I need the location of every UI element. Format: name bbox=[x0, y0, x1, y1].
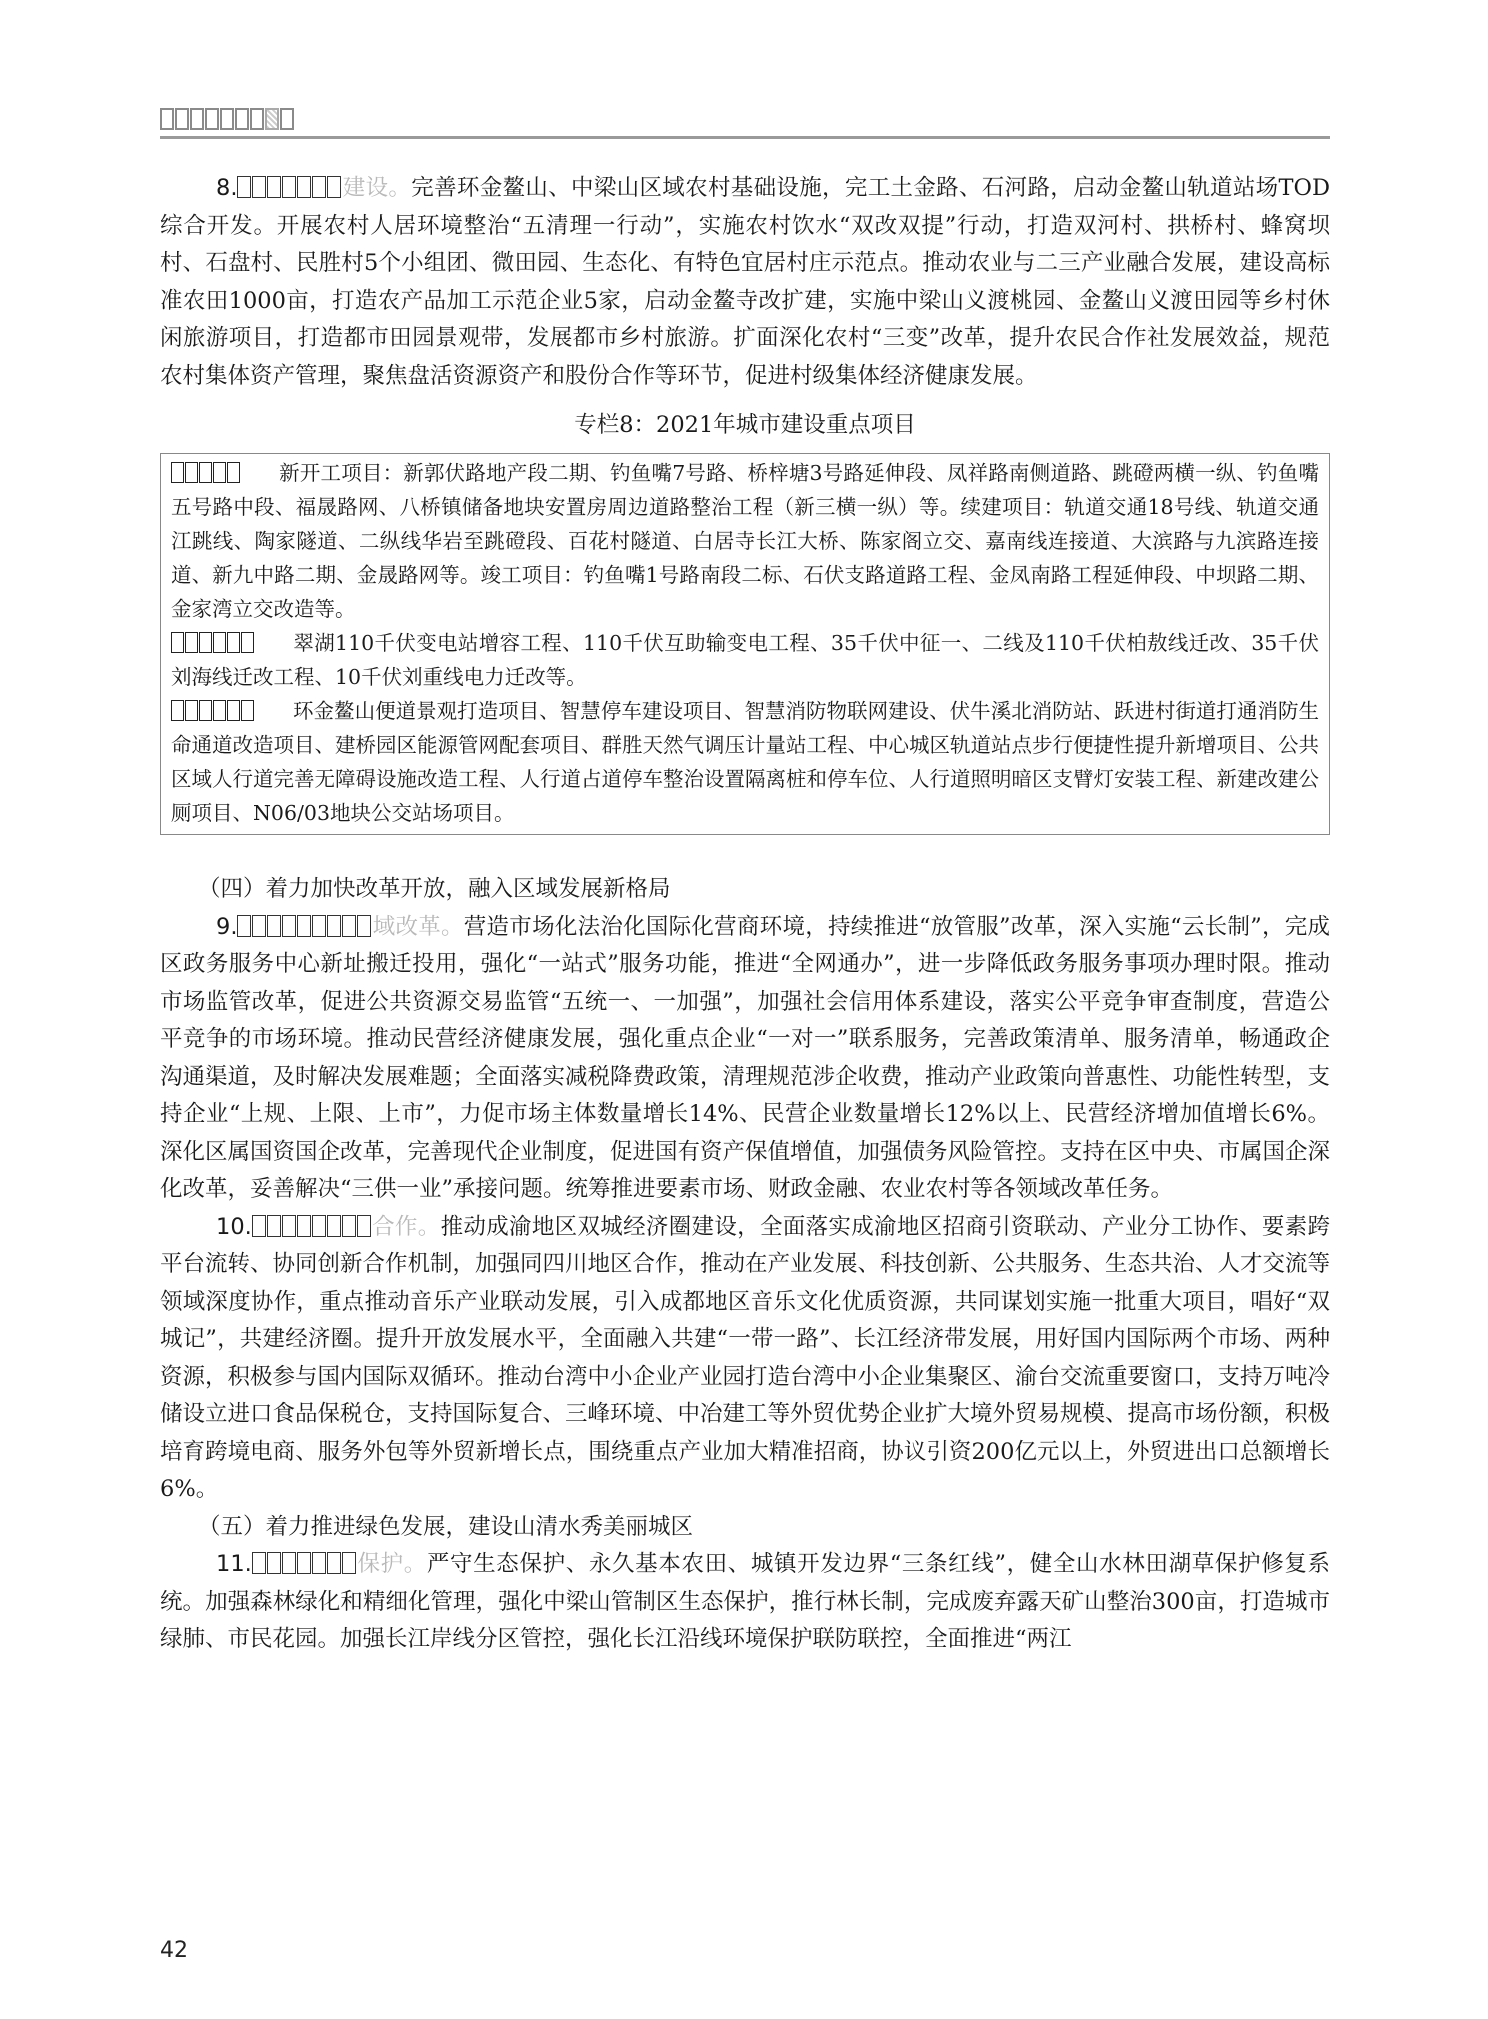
paragraph-body: 推动成渝地区双城经济圈建设，全面落实成渝地区招商引资联动、产业分工协作、要素跨平… bbox=[160, 1214, 1330, 1503]
missing-glyph-icon bbox=[327, 1215, 341, 1237]
missing-glyph-icon bbox=[297, 915, 311, 937]
missing-glyph-icon bbox=[241, 632, 254, 653]
item-number: 8. bbox=[216, 175, 237, 201]
missing-glyph-icon bbox=[267, 176, 281, 198]
missing-glyph-icon bbox=[171, 700, 184, 721]
missing-glyph-icon bbox=[312, 1215, 326, 1237]
row-text: 翠湖110千伏变电站增容工程、110千伏互助输变电工程、35千伏中征一、二线及1… bbox=[171, 631, 1319, 689]
missing-glyph-icon bbox=[267, 915, 281, 937]
row-text: 环金鳌山便道景观打造项目、智慧停车建设项目、智慧消防物联网建设、伏牛溪北消防站、… bbox=[171, 699, 1319, 825]
missing-glyph-icon bbox=[160, 108, 174, 130]
missing-glyph-icon bbox=[327, 915, 341, 937]
missing-glyph-icon bbox=[297, 1215, 311, 1237]
missing-glyph-icon bbox=[175, 108, 189, 130]
paragraph-body: 完善环金鳌山、中梁山区域农村基础设施，完工土金路、石河路，启动金鳌山轨道站场TO… bbox=[160, 175, 1330, 389]
missing-glyph-icon bbox=[227, 632, 240, 653]
missing-glyph-icon bbox=[297, 176, 311, 198]
missing-glyph-icon bbox=[357, 1215, 371, 1237]
missing-glyph-icon bbox=[252, 1215, 266, 1237]
missing-glyph-icon bbox=[213, 700, 226, 721]
section-heading-5: （五）着力推进绿色发展，建设山清水秀美丽城区 bbox=[160, 1509, 1330, 1547]
running-title bbox=[160, 104, 295, 132]
missing-glyph-icon bbox=[185, 632, 198, 653]
paragraph-body: 营造市场化法治化国际化营商环境，持续推进“放管服”改革，深入实施“云长制”，完成… bbox=[160, 914, 1330, 1203]
paragraph-9: 9.域改革。营造市场化法治化国际化营商环境，持续推进“放管服”改革，深入实施“云… bbox=[160, 909, 1330, 1209]
missing-glyph-icon bbox=[252, 915, 266, 937]
row-label bbox=[171, 694, 255, 728]
missing-glyph-icon bbox=[312, 915, 326, 937]
missing-glyph-icon bbox=[297, 1552, 311, 1574]
box-row-public-facilities: 环金鳌山便道景观打造项目、智慧停车建设项目、智慧消防物联网建设、伏牛溪北消防站、… bbox=[171, 694, 1319, 830]
missing-glyph-icon bbox=[220, 108, 234, 130]
item-heading-ghost: 建设。 bbox=[342, 175, 411, 201]
missing-glyph-icon bbox=[265, 108, 279, 130]
running-header bbox=[160, 100, 1330, 140]
missing-glyph-icon bbox=[190, 108, 204, 130]
page-number: 42 bbox=[160, 1938, 188, 1963]
missing-glyph-icon bbox=[342, 1215, 356, 1237]
missing-glyph-icon bbox=[282, 1552, 296, 1574]
missing-glyph-icon bbox=[327, 1552, 341, 1574]
missing-glyph-icon bbox=[227, 700, 240, 721]
missing-glyph-icon bbox=[252, 1552, 266, 1574]
project-box: 新开工项目：新郭伏路地产段二期、钓鱼嘴7号路、桥梓塘3号路延伸段、凤祥路南侧道路… bbox=[160, 453, 1330, 835]
row-text: 新开工项目：新郭伏路地产段二期、钓鱼嘴7号路、桥梓塘3号路延伸段、凤祥路南侧道路… bbox=[171, 461, 1319, 621]
paragraph-10: 10.合作。推动成渝地区双城经济圈建设，全面落实成渝地区招商引资联动、产业分工协… bbox=[160, 1209, 1330, 1509]
item-number: 11. bbox=[216, 1551, 252, 1577]
missing-glyph-icon bbox=[199, 632, 212, 653]
header-rule bbox=[160, 136, 1330, 139]
item-heading-ghost: 保护。 bbox=[357, 1551, 427, 1577]
paragraph-11: 11.保护。严守生态保护、永久基本农田、城镇开发边界“三条红线”，健全山水林田湖… bbox=[160, 1546, 1330, 1659]
paragraph-8: 8.建设。完善环金鳌山、中梁山区域农村基础设施，完工土金路、石河路，启动金鳌山轨… bbox=[160, 170, 1330, 395]
item-heading-ghost: 合作。 bbox=[372, 1214, 441, 1240]
box-row-power: 翠湖110千伏变电站增容工程、110千伏互助输变电工程、35千伏中征一、二线及1… bbox=[171, 626, 1319, 694]
item-heading-ghost: 域改革。 bbox=[372, 914, 463, 940]
missing-glyph-icon bbox=[213, 632, 226, 653]
missing-glyph-icon bbox=[282, 915, 296, 937]
missing-glyph-icon bbox=[282, 1215, 296, 1237]
item-number: 9. bbox=[216, 914, 237, 940]
missing-glyph-icon bbox=[327, 176, 341, 198]
missing-glyph-icon bbox=[252, 176, 266, 198]
missing-glyph-icon bbox=[235, 108, 249, 130]
box-row-roads: 新开工项目：新郭伏路地产段二期、钓鱼嘴7号路、桥梓塘3号路延伸段、凤祥路南侧道路… bbox=[171, 456, 1319, 626]
missing-glyph-icon bbox=[185, 462, 198, 483]
missing-glyph-icon bbox=[199, 700, 212, 721]
missing-glyph-icon bbox=[171, 462, 184, 483]
missing-glyph-icon bbox=[199, 462, 212, 483]
item-number: 10. bbox=[216, 1214, 252, 1240]
missing-glyph-icon bbox=[267, 1552, 281, 1574]
missing-glyph-icon bbox=[205, 108, 219, 130]
section-heading-4: （四）着力加快改革开放，融入区域发展新格局 bbox=[160, 871, 1330, 909]
row-label bbox=[171, 626, 255, 660]
missing-glyph-icon bbox=[312, 1552, 326, 1574]
missing-glyph-icon bbox=[237, 915, 251, 937]
missing-glyph-icon bbox=[250, 108, 264, 130]
missing-glyph-icon bbox=[282, 176, 296, 198]
missing-glyph-icon bbox=[312, 176, 326, 198]
missing-glyph-icon bbox=[237, 176, 251, 198]
missing-glyph-icon bbox=[342, 915, 356, 937]
missing-glyph-icon bbox=[280, 108, 294, 130]
missing-glyph-icon bbox=[241, 700, 254, 721]
missing-glyph-icon bbox=[185, 700, 198, 721]
missing-glyph-icon bbox=[357, 915, 371, 937]
missing-glyph-icon bbox=[227, 462, 240, 483]
box-title: 专栏8：2021年城市建设重点项目 bbox=[160, 407, 1330, 443]
row-label bbox=[171, 456, 241, 490]
page-body: 8.建设。完善环金鳌山、中梁山区域农村基础设施，完工土金路、石河路，启动金鳌山轨… bbox=[160, 170, 1330, 1659]
missing-glyph-icon bbox=[267, 1215, 281, 1237]
missing-glyph-icon bbox=[171, 632, 184, 653]
missing-glyph-icon bbox=[213, 462, 226, 483]
missing-glyph-icon bbox=[342, 1552, 356, 1574]
